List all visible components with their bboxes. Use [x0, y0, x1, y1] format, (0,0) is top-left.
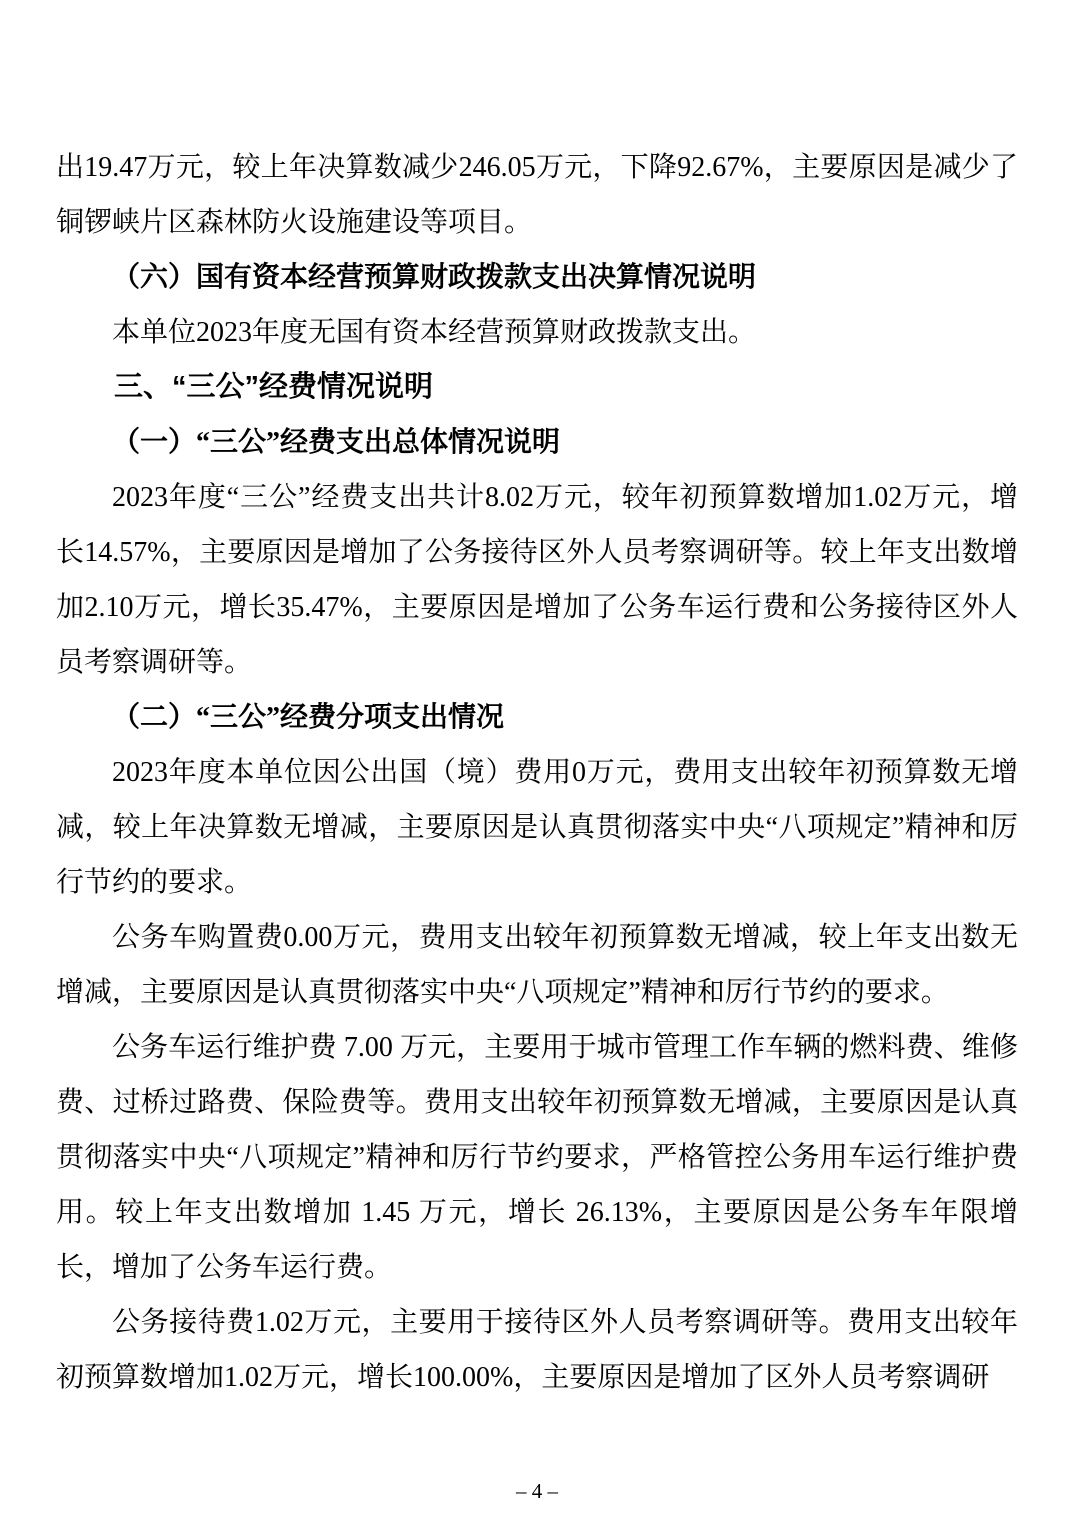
sub-heading: （六）国有资本经营预算财政拨款支出决算情况说明	[56, 250, 1018, 305]
sub-heading: （二）“三公”经费分项支出情况	[56, 690, 1018, 745]
page-number: – 4 –	[516, 1479, 558, 1503]
body-paragraph: 公务接待费1.02万元，主要用于接待区外人员考察调研等。费用支出较年初预算数增加…	[56, 1295, 1018, 1405]
section-heading: 三、“三公”经费情况说明	[56, 360, 1018, 415]
body-paragraph: 公务车购置费0.00万元，费用支出较年初预算数无增减，较上年支出数无增减，主要原…	[56, 910, 1018, 1020]
body-paragraph: 出19.47万元，较上年决算数减少246.05万元，下降92.67%，主要原因是…	[56, 140, 1018, 250]
body-paragraph: 2023年度本单位因公出国（境）费用0万元，费用支出较年初预算数无增减，较上年决…	[56, 745, 1018, 910]
document-page: 出19.47万元，较上年决算数减少246.05万元，下降92.67%，主要原因是…	[0, 0, 1074, 1520]
body-paragraph: 本单位2023年度无国有资本经营预算财政拨款支出。	[56, 305, 1018, 360]
document-content: 出19.47万元，较上年决算数减少246.05万元，下降92.67%，主要原因是…	[56, 140, 1018, 1405]
body-paragraph: 公务车运行维护费 7.00 万元，主要用于城市管理工作车辆的燃料费、维修费、过桥…	[56, 1020, 1018, 1295]
page-footer: – 4 –	[0, 1479, 1074, 1504]
sub-heading: （一）“三公”经费支出总体情况说明	[56, 415, 1018, 470]
body-paragraph: 2023年度“三公”经费支出共计8.02万元，较年初预算数增加1.02万元，增长…	[56, 470, 1018, 690]
